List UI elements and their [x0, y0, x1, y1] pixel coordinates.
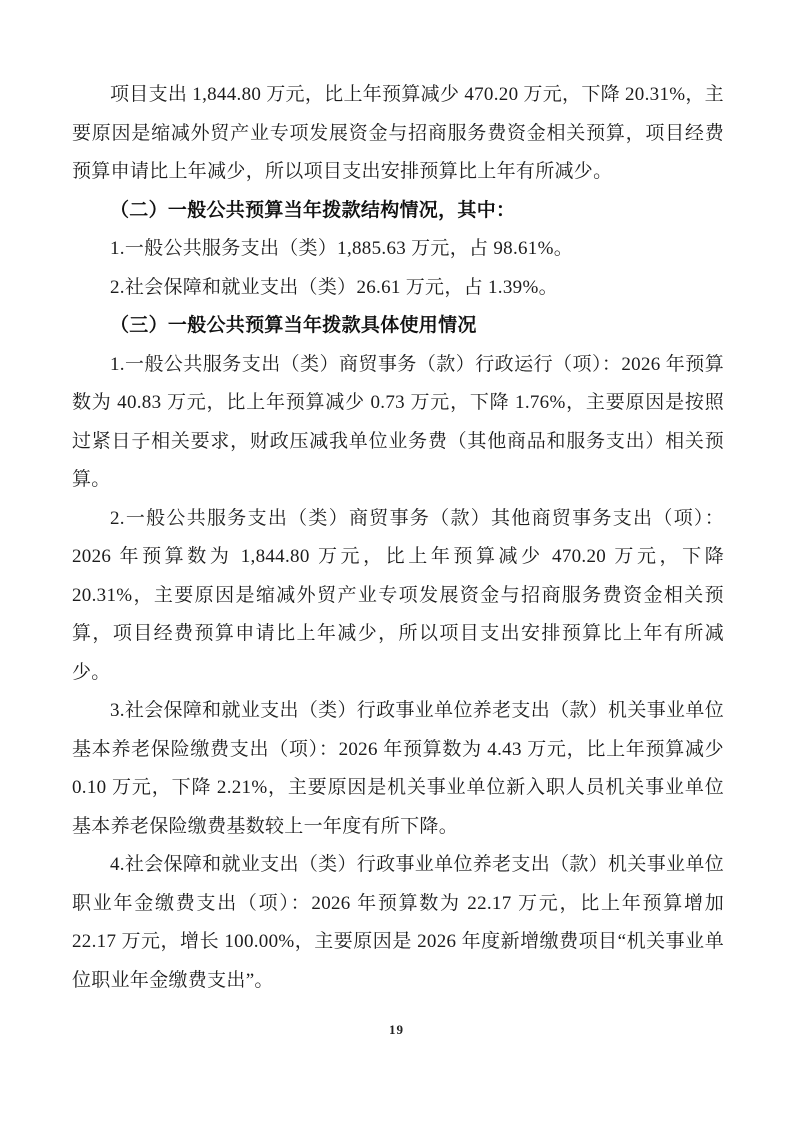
paragraph-item-1-administrative-operation: 1.一般公共服务支出（类）商贸事务（款）行政运行（项）：2026 年预算数为 4… — [72, 346, 724, 500]
section-heading-2-allocation-structure: （二）一般公共预算当年拨款结构情况，其中： — [72, 192, 724, 231]
page-number: 19 — [0, 1022, 793, 1038]
paragraph-item-3-basic-pension-contribution: 3.社会保障和就业支出（类）行政事业单位养老支出（款）机关事业单位基本养老保险缴… — [72, 692, 724, 846]
list-item-general-public-service: 1.一般公共服务支出（类）1,885.63 万元，占 98.61%。 — [72, 230, 724, 269]
paragraph-item-2-other-commerce-expenditure: 2.一般公共服务支出（类）商贸事务（款）其他商贸事务支出（项）：2026 年预算… — [72, 500, 724, 693]
section-heading-3-allocation-usage: （三）一般公共预算当年拨款具体使用情况 — [72, 307, 724, 346]
paragraph-item-4-occupational-annuity: 4.社会保障和就业支出（类）行政事业单位养老支出（款）机关事业单位职业年金缴费支… — [72, 846, 724, 1000]
paragraph-project-expenditure: 项目支出 1,844.80 万元，比上年预算减少 470.20 万元，下降 20… — [72, 76, 724, 192]
document-body: 项目支出 1,844.80 万元，比上年预算减少 470.20 万元，下降 20… — [72, 76, 724, 1000]
list-item-social-security-employment: 2.社会保障和就业支出（类）26.61 万元，占 1.39%。 — [72, 269, 724, 308]
document-page: 项目支出 1,844.80 万元，比上年预算减少 470.20 万元，下降 20… — [0, 0, 793, 1122]
